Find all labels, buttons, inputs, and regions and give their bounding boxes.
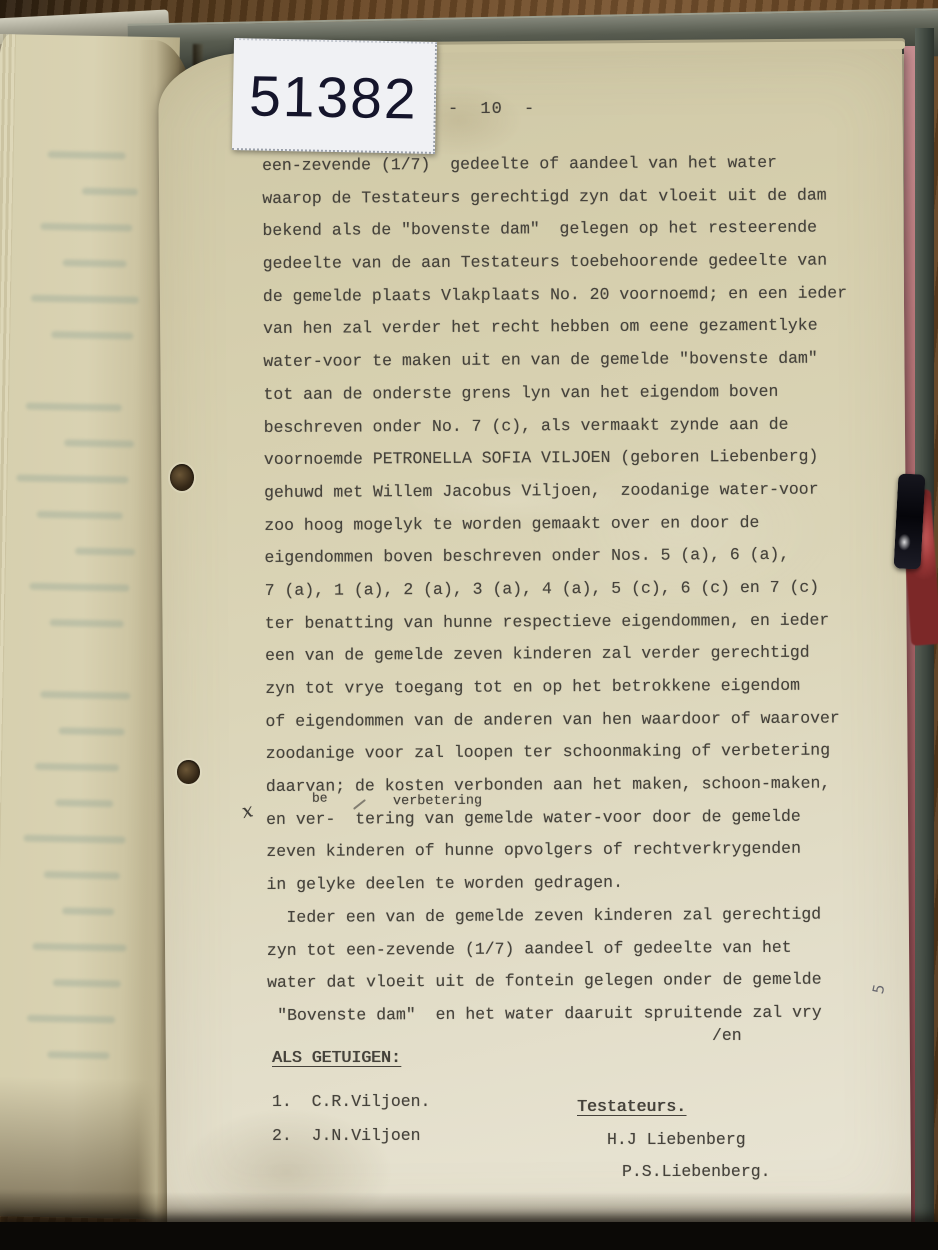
text-line: zyn tot vrye toegang tot en op het betro…: [265, 669, 875, 705]
text-line: "Bovenste dam" en het water daaruit spru…: [267, 996, 877, 1032]
text-line: zoo hoog mogelyk te worden gemaakt over …: [264, 506, 874, 542]
signature-list: H.J LiebenbergP.S.Liebenberg.: [607, 1124, 771, 1188]
text-line: ter benatting van hunne respectieve eige…: [265, 604, 875, 640]
document-text: een-zevende (1/7) gedeelte of aandeel va…: [262, 146, 877, 1032]
text-line: een van de gemelde zeven kinderen zal ve…: [265, 637, 875, 673]
binder-clip: [894, 473, 926, 569]
text-line: zeven kinderen of hunne opvolgers of rec…: [266, 833, 876, 869]
ghost-text-line: [48, 151, 126, 159]
ghost-text-line: [51, 331, 133, 340]
punch-hole-bottom: [177, 760, 200, 784]
text-line: gehuwd met Willem Jacobus Viljoen, zooda…: [264, 473, 874, 509]
correction-word: verbetering: [393, 794, 482, 810]
text-line: Ieder een van de gemelde zeven kinderen …: [267, 898, 877, 934]
text-line: bekend als de "bovenste dam" gelegen op …: [262, 212, 872, 248]
continuation-mark: /en: [712, 1026, 742, 1045]
ghost-text-line: [64, 439, 134, 447]
witnesses-heading: ALS GETUIGEN:: [272, 1048, 401, 1067]
witness-list: 1. C.R.Viljoen.2. J.N.Viljoen: [272, 1085, 430, 1153]
photo-scene: 51382 - 10 - een-zevende (1/7) gedeelte …: [0, 0, 938, 1250]
ghost-text-line: [50, 619, 124, 627]
signature-line: H.J Liebenberg: [607, 1124, 771, 1156]
text-line: water dat vloeit uit de fontein gelegen …: [267, 963, 877, 999]
archive-label: 51382: [232, 38, 437, 154]
text-line: gedeelte van de aan Testateurs toebehoor…: [263, 244, 873, 280]
text-line: zoodanige voor zal loopen ter schoonmaki…: [266, 735, 876, 771]
ghost-text-line: [53, 979, 121, 987]
ghost-text-line: [24, 835, 126, 844]
testators-heading: Testateurs.: [577, 1097, 686, 1116]
book-bottom-shadow: [0, 1222, 938, 1250]
ghost-text-line: [31, 295, 139, 304]
text-line: tot aan de onderste grens lyn van het ei…: [263, 375, 873, 411]
text-line: beschreven onder No. 7 (c), als vermaakt…: [264, 408, 874, 444]
witness-entry: 2. J.N.Viljoen: [272, 1119, 430, 1153]
text-line: waarop de Testateurs gerechtigd zyn dat …: [262, 179, 872, 215]
text-line: water-voor te maken uit en van de gemeld…: [263, 342, 873, 378]
ghost-text-line: [32, 943, 126, 952]
punch-hole-top: [170, 464, 194, 491]
text-line: 7 (a), 1 (a), 2 (a), 3 (a), 4 (a), 5 (c)…: [265, 571, 875, 607]
text-line: eigendommen boven beschreven onder Nos. …: [264, 539, 874, 575]
ghost-text-line: [16, 474, 128, 483]
ghost-text-line: [55, 799, 113, 807]
ghost-text-line: [37, 511, 123, 520]
correction-insert: be: [312, 791, 328, 806]
ghost-text-line: [29, 583, 129, 592]
ghost-text-line: [63, 259, 127, 267]
text-line: van hen zal verder het recht hebben om e…: [263, 310, 873, 346]
ghost-text-line: [59, 727, 125, 735]
ghost-text-line: [47, 1051, 109, 1059]
text-line: of eigendommen van de anderen van hen wa…: [265, 702, 875, 738]
body-lines: een-zevende (1/7) gedeelte of aandeel va…: [262, 146, 877, 1032]
ghost-text-line: [44, 871, 120, 879]
ghost-text-line: [40, 691, 130, 700]
text-line: in gelyke deelen te worden gedragen.: [266, 865, 876, 901]
text-line: voornoemde PETRONELLA SOFIA VILJOEN (geb…: [264, 440, 874, 476]
label-number: 51382: [249, 59, 419, 132]
ghost-text-line: [40, 223, 132, 232]
ghost-text-line: [75, 548, 135, 556]
text-line: zyn tot een-zevende (1/7) aandeel of ged…: [267, 931, 877, 967]
text-line: de gemelde plaats Vlakplaats No. 20 voor…: [263, 277, 873, 313]
witness-entry: 1. C.R.Viljoen.: [272, 1085, 430, 1119]
ghost-text-line: [82, 188, 138, 196]
ghost-text-line: [62, 907, 114, 915]
page-number: - 10 -: [448, 100, 535, 119]
page-bottom-shading: [0, 1192, 912, 1226]
ghost-text-line: [27, 1015, 115, 1024]
ghost-text-line: [26, 403, 122, 412]
signature-line: P.S.Liebenberg.: [622, 1156, 771, 1188]
ghost-text-line: [35, 763, 119, 772]
text-line: daarvan; de kosten verbonden aan het mak…: [266, 767, 876, 803]
